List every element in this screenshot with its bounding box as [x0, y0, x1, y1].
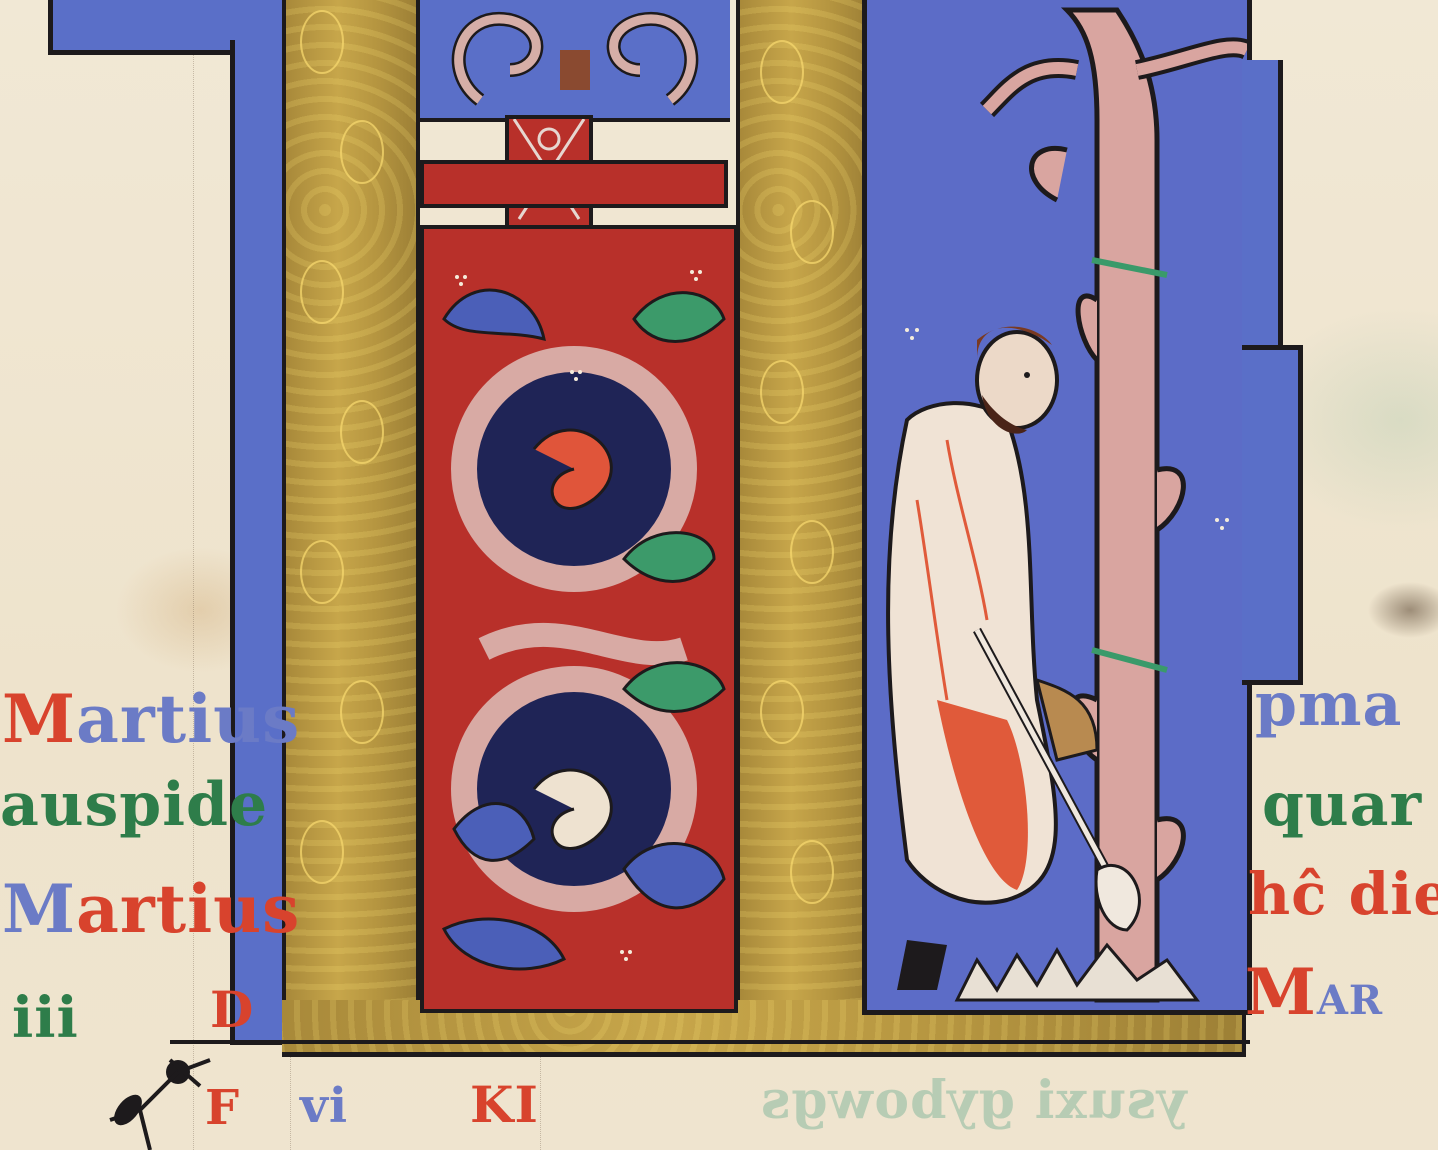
- red-crenel-bar: [420, 160, 728, 208]
- gold-tendril-ornament: [340, 680, 384, 744]
- kl-abbreviation: KI: [470, 1075, 539, 1134]
- gold-tendril-ornament: [790, 200, 834, 264]
- roman-numeral-iii: iii: [12, 985, 79, 1051]
- gold-tendril-ornament: [340, 400, 384, 464]
- word-quar: quar: [1262, 770, 1422, 840]
- scroll-knot-icon: [420, 0, 730, 118]
- knot-background: [420, 0, 730, 122]
- gold-tendril-ornament: [760, 360, 804, 424]
- word-hc-die: hĉ die: [1248, 860, 1438, 928]
- gold-tendril-ornament: [300, 820, 344, 884]
- calendar-line-auspide: auspide: [0, 770, 268, 840]
- calendar-line-martius: Martius: [2, 680, 300, 758]
- gold-tendril-ornament: [760, 40, 804, 104]
- word-pma: pma: [1255, 670, 1402, 740]
- man-digging-tree-illustration: [867, 0, 1247, 1010]
- red-initial-m: M: [2, 680, 76, 758]
- letter-f: F: [205, 1080, 240, 1136]
- word-artius-red: artius: [76, 870, 300, 948]
- word-ar: AR: [1317, 977, 1383, 1024]
- interlace-ornament-icon: [424, 229, 734, 1009]
- gold-tendril-ornament: [790, 520, 834, 584]
- initial-frame-right-upper: [1242, 60, 1283, 355]
- gold-tendril-ornament: [300, 540, 344, 604]
- dominical-letter-d: D: [210, 980, 254, 1039]
- white-dots: [690, 270, 704, 284]
- red-initial-m-right: M: [1245, 955, 1317, 1030]
- gold-tendril-ornament: [340, 120, 384, 184]
- white-dots: [620, 950, 634, 964]
- word-martius-right: MAR: [1245, 955, 1383, 1030]
- numeral-vi: vi: [300, 1078, 348, 1134]
- white-dots: [570, 370, 584, 384]
- baseline-rule: [170, 1040, 1250, 1044]
- blue-initial-m: M: [2, 870, 76, 948]
- gold-tendril-ornament: [790, 840, 834, 904]
- word-artius: artius: [76, 680, 300, 758]
- historiated-scene-panel: [862, 0, 1252, 1015]
- gold-tendril-ornament: [760, 680, 804, 744]
- gold-tendril-ornament: [300, 260, 344, 324]
- bleed-through-text: ysuxi gybowgs: [760, 1070, 1187, 1131]
- red-panel-interlace: [420, 225, 738, 1013]
- white-dots: [455, 275, 469, 289]
- initial-frame-right-lower: [1242, 345, 1303, 685]
- ruling-line: [193, 0, 194, 1150]
- calendar-line-martius-2: Martius: [2, 870, 300, 948]
- gold-tendril-ornament: [300, 10, 344, 74]
